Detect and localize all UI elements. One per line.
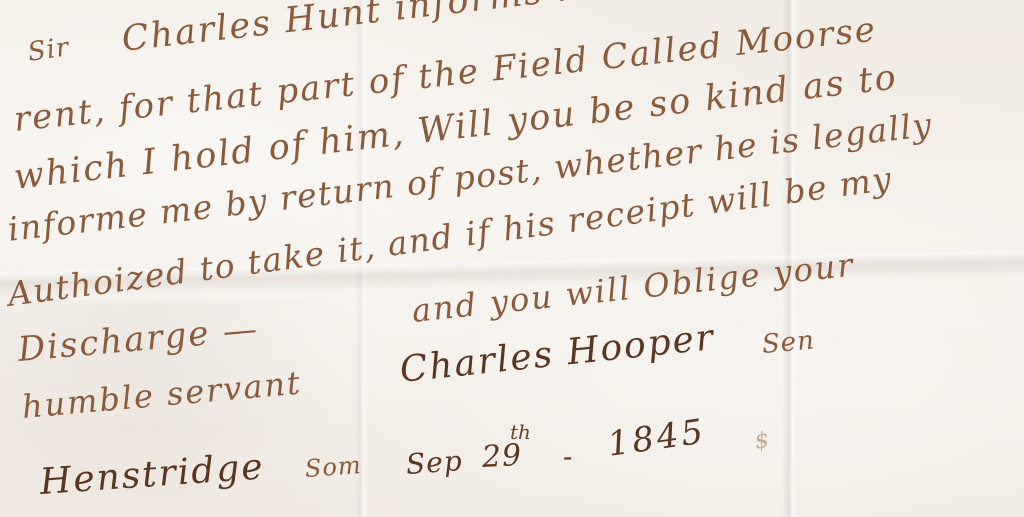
signature-suffix: Sen [761,325,816,360]
date-ordinal: th [510,420,531,444]
letter-line-6: and you will Oblige your [410,246,856,330]
trailing-mark: $ [753,428,772,455]
letter-paper: Sir Charles Hunt informs me I am to pay … [0,0,1024,517]
letter-line-discharge: Discharge — [16,309,260,370]
salutation: Sir [26,32,71,67]
place-name: Henstridge [39,446,266,503]
date-month: Sep [405,444,464,481]
date-year: 1845 [605,411,708,464]
signature: Charles Hooper [398,317,717,391]
date-separator: - [563,440,573,473]
county-abbreviation: Som [304,451,362,483]
closing-text: humble servant [20,364,303,426]
